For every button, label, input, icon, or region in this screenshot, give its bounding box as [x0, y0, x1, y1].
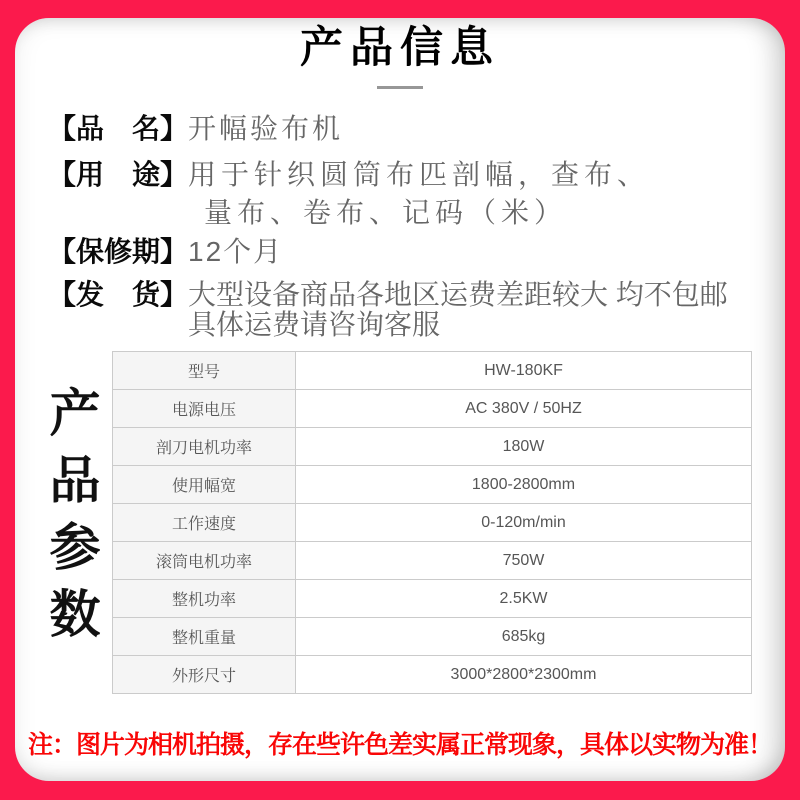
- info-line: 12个月: [188, 233, 283, 271]
- spec-name-cell: 工作速度: [113, 504, 296, 542]
- table-row: 整机重量 685kg: [113, 618, 752, 656]
- table-row: 工作速度 0-120m/min: [113, 504, 752, 542]
- info-label-warranty: 【保修期】: [48, 233, 188, 271]
- info-content-product-name: 开幅验布机: [188, 110, 343, 148]
- info-content-usage: 用于针织圆筒布匹剖幅，查布、 量布、卷布、记码（米）: [188, 156, 650, 232]
- page-title: 产品信息: [15, 18, 785, 71]
- side-title-char: 品: [49, 455, 100, 506]
- table-row: 电源电压 AC 380V / 50HZ: [113, 390, 752, 428]
- info-row-warranty: 【保修期】 12个月: [48, 233, 765, 271]
- side-title-char: 产: [49, 388, 100, 439]
- info-label-usage: 【用 途】: [48, 156, 188, 194]
- side-title-char: 参: [49, 522, 100, 573]
- spec-name-cell: 滚筒电机功率: [113, 542, 296, 580]
- spec-value-cell: HW-180KF: [296, 352, 752, 390]
- info-content-warranty: 12个月: [188, 233, 283, 271]
- spec-name-cell: 外形尺寸: [113, 656, 296, 694]
- spec-value-cell: 0-120m/min: [296, 504, 752, 542]
- spec-name-cell: 型号: [113, 352, 296, 390]
- info-label-shipping: 【发 货】: [48, 280, 188, 310]
- spec-name-cell: 剖刀电机功率: [113, 428, 296, 466]
- table-row: 型号 HW-180KF: [113, 352, 752, 390]
- spec-value-cell: 685kg: [296, 618, 752, 656]
- spec-name-cell: 电源电压: [113, 390, 296, 428]
- info-list: 【品 名】 开幅验布机 【用 途】 用于针织圆筒布匹剖幅，查布、 量布、卷布、记…: [48, 110, 765, 340]
- table-row: 整机功率 2.5KW: [113, 580, 752, 618]
- side-title-char: 数: [49, 589, 100, 640]
- table-row: 滚筒电机功率 750W: [113, 542, 752, 580]
- info-row-usage: 【用 途】 用于针织圆筒布匹剖幅，查布、 量布、卷布、记码（米）: [48, 156, 765, 232]
- info-content-shipping: 大型设备商品各地区运费差距较大 均不包邮 具体运费请咨询客服: [188, 280, 728, 340]
- table-row: 使用幅宽 1800-2800mm: [113, 466, 752, 504]
- info-label-product-name: 【品 名】: [48, 110, 188, 148]
- info-row-shipping: 【发 货】 大型设备商品各地区运费差距较大 均不包邮 具体运费请咨询客服: [48, 276, 765, 340]
- spec-name-cell: 整机重量: [113, 618, 296, 656]
- info-line: 开幅验布机: [188, 110, 343, 148]
- specs-table: 型号 HW-180KF 电源电压 AC 380V / 50HZ 剖刀电机功率 1…: [112, 351, 752, 694]
- spec-value-cell: 2.5KW: [296, 580, 752, 618]
- spec-value-cell: 750W: [296, 542, 752, 580]
- spec-value-cell: 1800-2800mm: [296, 466, 752, 504]
- info-line: 量布、卷布、记码（米）: [188, 194, 650, 232]
- table-row: 剖刀电机功率 180W: [113, 428, 752, 466]
- spec-value-cell: 180W: [296, 428, 752, 466]
- spec-name-cell: 整机功率: [113, 580, 296, 618]
- info-line: 用于针织圆筒布匹剖幅，查布、: [188, 156, 650, 194]
- info-row-product-name: 【品 名】 开幅验布机: [48, 110, 765, 148]
- info-line: 具体运费请咨询客服: [188, 310, 728, 340]
- product-info-card: 产品信息 【品 名】 开幅验布机 【用 途】 用于针织圆筒布匹剖幅，查布、 量布…: [15, 18, 785, 781]
- table-row: 外形尺寸 3000*2800*2300mm: [113, 656, 752, 694]
- spec-name-cell: 使用幅宽: [113, 466, 296, 504]
- info-line: 大型设备商品各地区运费差距较大 均不包邮: [188, 280, 728, 310]
- title-divider: [377, 86, 423, 89]
- specs-table-body: 型号 HW-180KF 电源电压 AC 380V / 50HZ 剖刀电机功率 1…: [113, 352, 752, 694]
- side-title-product-params: 产 品 参 数: [43, 388, 107, 640]
- color-disclaimer-note: 注：图片为相机拍摄，存在些许色差实属正常现象，具体以实物为准！: [15, 725, 785, 761]
- spec-value-cell: AC 380V / 50HZ: [296, 390, 752, 428]
- spec-value-cell: 3000*2800*2300mm: [296, 656, 752, 694]
